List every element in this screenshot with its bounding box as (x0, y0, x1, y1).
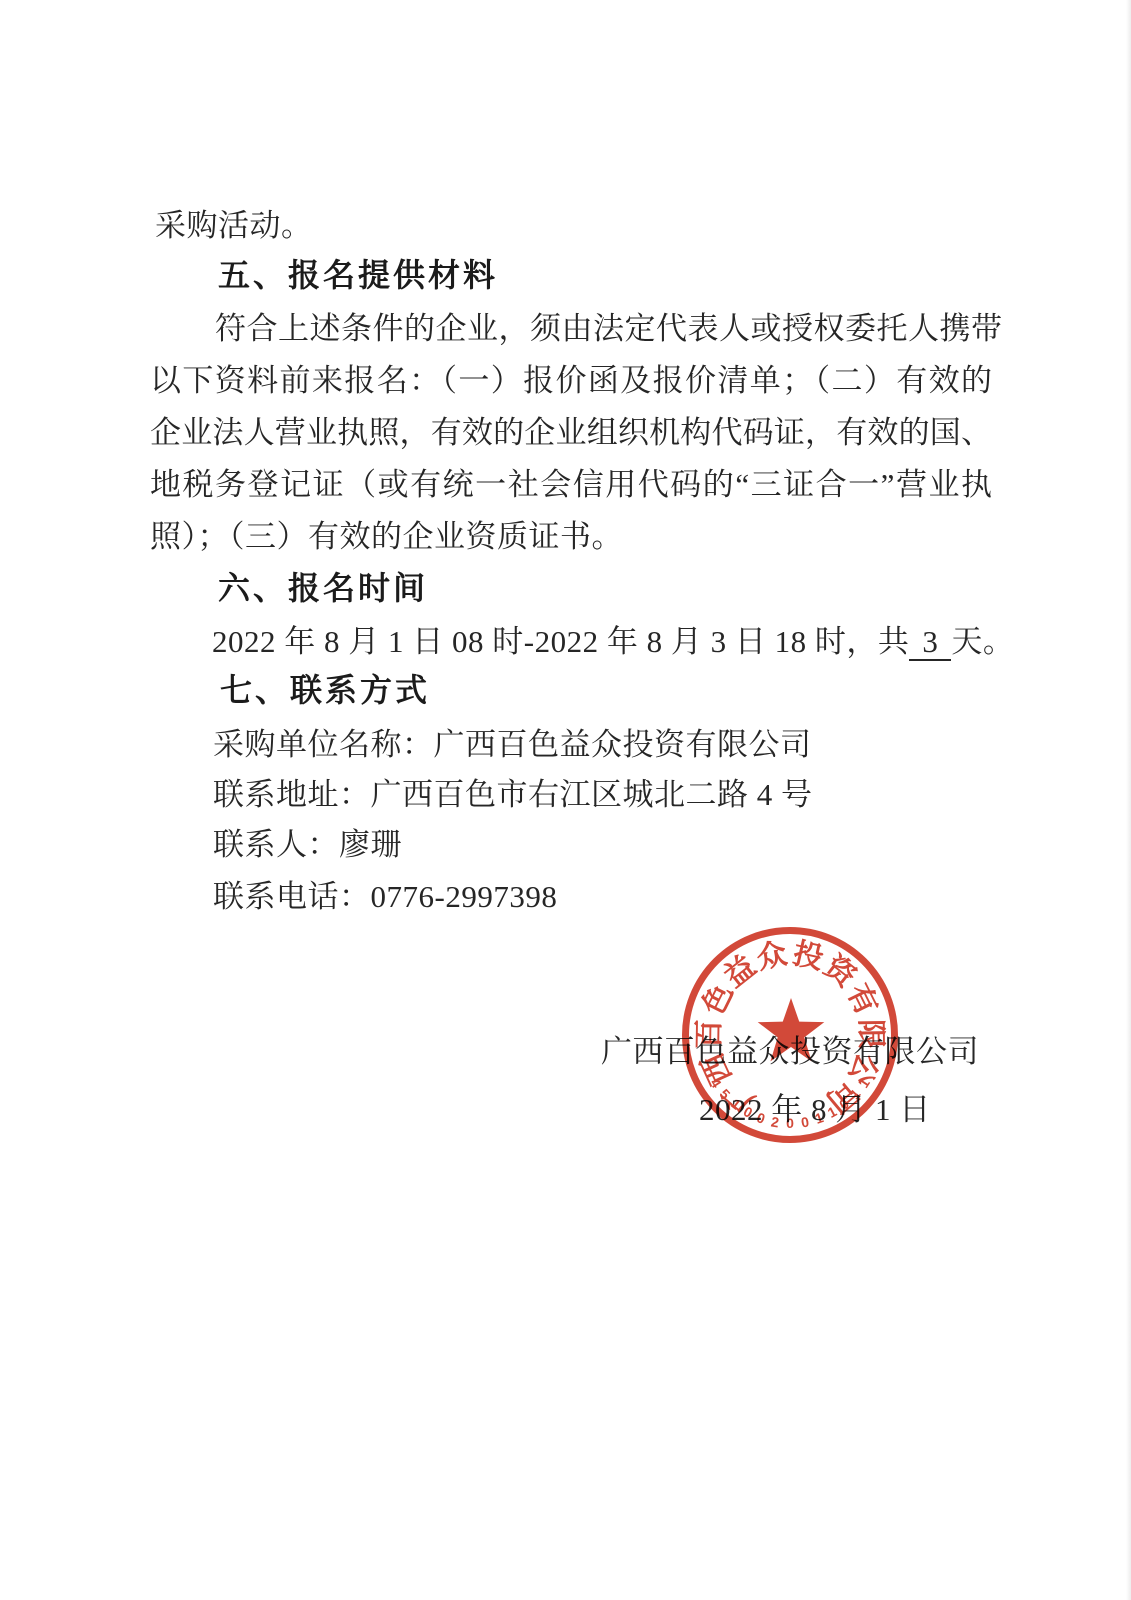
document-page: 采购活动。 五、报名提供材料 符合上述条件的企业，须由法定代表人或授权委托人携带… (0, 0, 1131, 1600)
para5-line-1: 符合上述条件的企业，须由法定代表人或授权委托人携带 (215, 310, 1003, 347)
company-seal: 广西百色益众投资有限公司 4510020011011 (682, 927, 898, 1143)
time-text-after: 天。 (951, 624, 1014, 659)
paragraph-tail-line: 采购活动。 (155, 207, 313, 244)
contact-unit-line: 采购单位名称：广西百色益众投资有限公司 (213, 726, 812, 763)
scan-edge-shadow (1126, 0, 1131, 1600)
para5-line-3: 企业法人营业执照，有效的企业组织机构代码证，有效的国、 (150, 414, 992, 451)
seal-star-icon (755, 997, 827, 1063)
section-heading-7: 七、联系方式 (220, 671, 430, 709)
days-count-underlined: 3 (909, 626, 951, 661)
seal-ring-char: 百 (684, 1018, 728, 1049)
registration-time-line: 2022 年 8 月 1 日 08 时-2022 年 8 月 3 日 18 时，… (212, 623, 1014, 661)
para5-line-4: 地税务登记证（或有统一社会信用代码的“三证合一”营业执 (150, 466, 992, 503)
seal-code-digit: 0 (786, 1115, 794, 1131)
para5-line-2: 以下资料前来报名：（一）报价函及报价清单；（二）有效的 (150, 362, 992, 399)
time-text-before: 2022 年 8 月 1 日 08 时-2022 年 8 月 3 日 18 时，… (212, 624, 909, 659)
contact-person-line: 联系人：廖珊 (213, 826, 402, 863)
para5-line-5: 照）；（三）有效的企业资质证书。 (150, 518, 623, 555)
section-heading-6: 六、报名时间 (218, 569, 428, 607)
section-heading-5: 五、报名提供材料 (218, 256, 498, 294)
contact-phone-line: 联系电话：0776-2997398 (213, 878, 557, 915)
contact-address-line: 联系地址：广西百色市右江区城北二路 4 号 (213, 776, 813, 813)
seal-ring-char: 限 (852, 1018, 896, 1049)
